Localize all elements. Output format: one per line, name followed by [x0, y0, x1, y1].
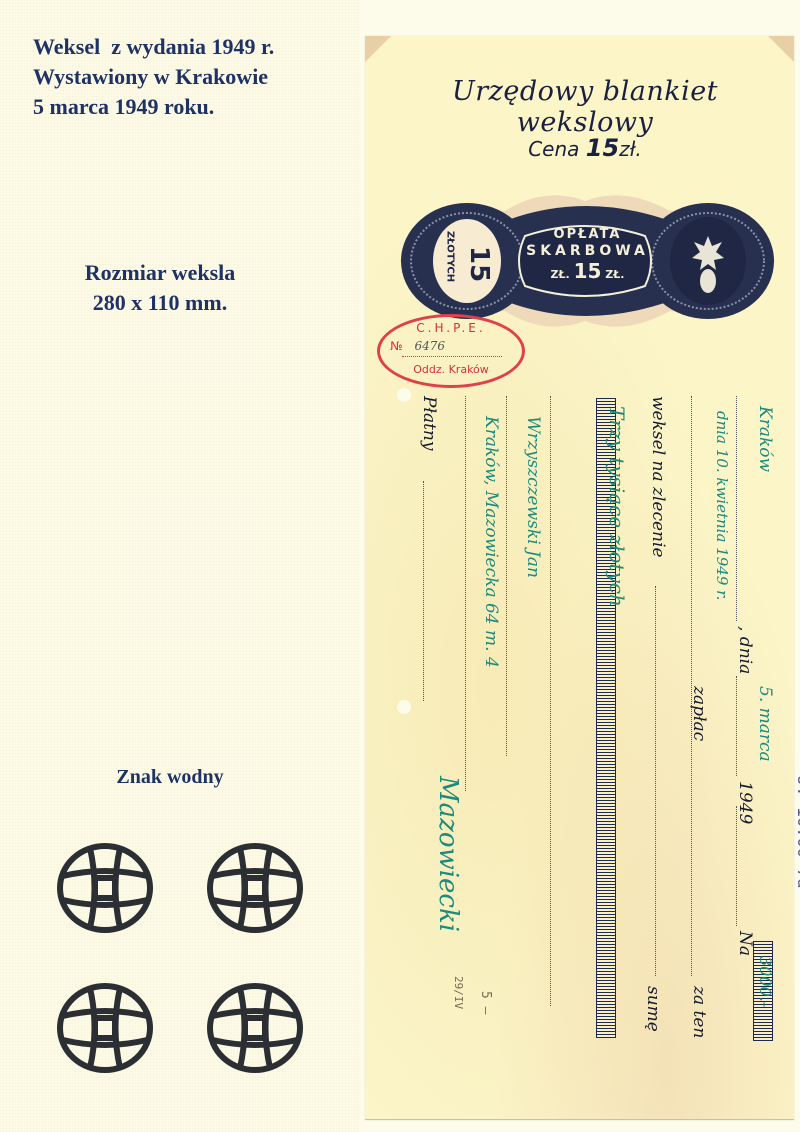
caption-title-line: 5 marca 1949 roku. [33, 92, 274, 122]
dotted-line [736, 676, 737, 776]
handwritten-place: Kraków [755, 406, 775, 472]
bill-of-exchange: Urzędowy blankiet wekslowy Cena 15zł. 15… [365, 36, 794, 1120]
revenue-stamp: 15 ZŁOTYCH OPŁATA SKARBOWA ZŁ. 15 ZŁ. [395, 191, 780, 331]
red-stamp-number: №6476 [390, 339, 445, 353]
red-stamp-divider [402, 356, 502, 357]
label-year-prefix: 1949 [735, 781, 755, 824]
stamp-amount-value: 15 [574, 259, 602, 283]
handwritten-drawee-address: Kraków, Mazowiecka 64 m. 4 [481, 416, 501, 668]
document-price: Cena 15zł. [525, 134, 645, 162]
small-note: 5 — [478, 991, 493, 1014]
watermark-label: Znak wodny [0, 766, 340, 789]
dotted-line [423, 481, 424, 701]
handwritten-date: 5. marca [755, 686, 775, 762]
stamp-line1: OPŁATA [525, 227, 650, 242]
caption-title-line: Weksel z wydania 1949 r. [33, 32, 274, 62]
dotted-line [736, 396, 737, 621]
small-date: 29/IV [452, 976, 465, 1009]
handwritten-signature: Mazowiecki [433, 776, 463, 932]
stamp-left-unit: ZŁOTYCH [445, 212, 456, 302]
label-zaplac: zapłac [689, 686, 709, 741]
label-na: Na [735, 931, 755, 956]
label-sume: sumę [643, 986, 663, 1032]
caption-size: Rozmiar weksla 280 x 110 mm. [0, 258, 320, 318]
bill-form: , dnia 1949 Na zapłac za ten weksel na z… [393, 386, 793, 1046]
document-title: Urzędowy blankiet wekslowy [395, 76, 775, 138]
price-label: Cena [528, 137, 579, 161]
caption-size-line: Rozmiar weksla [0, 258, 320, 288]
photo-corner [365, 36, 391, 62]
handwritten-amount: 3000.- [756, 956, 775, 1007]
circle-cross-watermark-icon [55, 980, 155, 1076]
caption-title-line: Wystawiony w Krakowie [33, 62, 274, 92]
chpe-red-stamp: C.H.P.E. №6476 Oddz. Kraków [377, 314, 525, 388]
circle-cross-watermark-icon [55, 840, 155, 936]
label-platny: Płatny [419, 396, 439, 450]
stamp-line2: SKARBOWA [520, 243, 655, 259]
pencil-note: J. 10.00 7a [793, 776, 800, 889]
dotted-line [465, 396, 466, 791]
stamp-left-value: 15 [464, 246, 494, 276]
red-stamp-number-value: 6476 [414, 339, 445, 353]
dotted-line [655, 586, 656, 976]
stamp-amount-suffix: ZŁ. [605, 268, 624, 281]
red-stamp-branch: Oddz. Kraków [380, 363, 522, 376]
circle-cross-watermark-icon [205, 840, 305, 936]
photo-corner [768, 36, 794, 62]
caption-title: Weksel z wydania 1949 r. Wystawiony w Kr… [33, 32, 274, 122]
red-stamp-line1: C.H.P.E. [380, 321, 522, 335]
dotted-line [506, 396, 507, 756]
handwritten-payee: Trzy tysiące złotych [605, 406, 629, 607]
red-stamp-number-prefix: № [390, 339, 402, 353]
stamp-amount: ZŁ. 15 ZŁ. [525, 259, 650, 283]
caption-size-line: 280 x 110 mm. [0, 288, 320, 318]
handwritten-drawee-name: Wrzyszczewski Jan [523, 416, 543, 578]
handwritten-due-date: dnia 10. kwietnia 1949 r. [713, 411, 731, 600]
label-weksel-na-zlecenie: weksel na zlecenie [648, 396, 668, 558]
price-unit: zł. [619, 137, 642, 161]
price-value: 15 [586, 134, 619, 162]
dotted-line [550, 396, 551, 1006]
circle-cross-watermark-icon [205, 980, 305, 1076]
stamp-amount-prefix: ZŁ. [551, 268, 570, 281]
caption-panel: Weksel z wydania 1949 r. Wystawiony w Kr… [0, 0, 360, 1132]
label-za-ten: za ten [689, 986, 709, 1038]
label-dnia: , dnia [735, 626, 755, 674]
